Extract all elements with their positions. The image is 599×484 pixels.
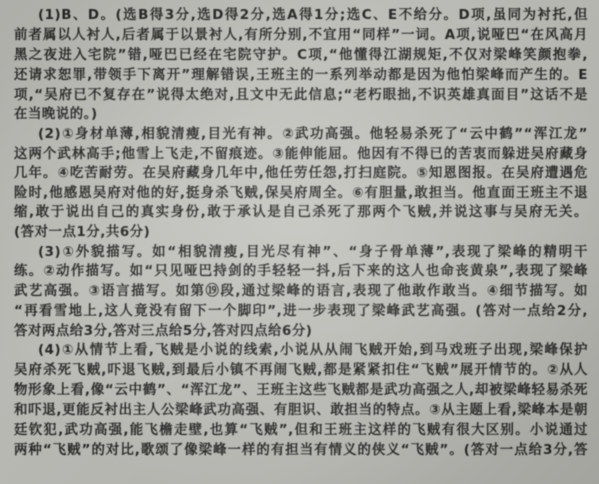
text-line: (答对一点1分,共6分) — [14, 223, 588, 242]
text-line: 项,“吴府已不复存在”说得太绝对,且文中无此信息;“老朽眼拙,不识英雄真面目”这… — [14, 86, 588, 105]
text-line: (2)①身材单薄,相貌清瘦,目光有神。②武功高强。他轻易杀死了“云中鹤”“浑江龙… — [38, 125, 588, 144]
text-line: 这两个武林高手;他雪上飞走,不留痕迹。③能伸能屈。他因有不得已的苦衷而躲进吴府藏… — [14, 145, 588, 164]
text-line: 廷钦犯,武功高强,能飞檐走壁,也算“飞贼”,但和王班主这样的飞贼有很大区别。小说… — [14, 421, 588, 440]
text-line: 险时,他感恩吴府对他的好,挺身杀飞贼,保吴府周全。⑥有胆量,敢担当。他直面王班主… — [14, 184, 588, 203]
answer-key-page: (1)B、D。(选B得3分,选D得2分,选A得1分;选C、E不给分。D项,虽同为… — [0, 0, 599, 484]
text-line: 前者属以人衬人,后者属于以景衬人,有所分别,不宜用“同样”一词。A项,说哑巴“在… — [14, 26, 588, 45]
text-line: 吴府杀死飞贼,吓退飞贼,到最后小镇不再闹飞贼,都是紧紧扣住“飞贼”展开情节的。②… — [14, 361, 588, 380]
text-line: “再看雪地上,这人竟没有留下一个脚印”,进一步表现了梁峰武艺高强。(答对一点给2… — [14, 302, 588, 321]
text-line: 物形象上看,像“云中鹤”、“浑江龙”、王班主这些飞贼都是武功高强之人,却被梁峰轻… — [14, 381, 588, 400]
text-line: 在当晚说的。) — [14, 105, 588, 124]
text-line: 武艺高强。③语言描写。如第⑲段,通过梁峰的语言,表现了他敢作敢当。④细节描写。如 — [14, 282, 588, 301]
text-line: (3)①外貌描写。如“相貌清瘦,目光尽有神”、“身子骨单薄”,表现了梁峰的精明干 — [38, 243, 588, 262]
text-line: 两种“飞贼”的对比,歌颂了像梁峰一样的有担当有情义的侠义“飞贼”。(答对一点给3… — [14, 441, 588, 460]
text-line: 几年。④吃苦耐劳。在吴府藏身几年中,他任劳任怨,打扫庭院。⑤知恩图报。在吴府遭遇… — [14, 164, 588, 183]
text-line: (4)①从情节上看,飞贼是小说的线索,小说从从闹飞贼开始,到马戏班子出现,梁峰保… — [38, 341, 588, 360]
text-line: 答对两点给3分,答对三点给5分,答对四点给6分) — [14, 322, 588, 341]
text-line: 和吓退,更能反衬出主人公梁峰武功高强、有胆识、敢担当的特点。③从主题上看,梁峰本… — [14, 401, 588, 420]
text-line: 练。②动作描写。如“只见哑巴持剑的手轻轻一抖,后下来的这人也命丧黄泉”,表现了梁… — [14, 262, 588, 281]
text-line: 还请求恕罪,带领手下离开”理解错误,王班主的一系列举动都是因为他怕梁峰而产生的。… — [14, 66, 588, 85]
text-line: 缩,敢于说出自己的真实身份,敢于承认是自己杀死了那两个飞贼,并说这事与吴府无关。 — [14, 203, 588, 222]
text-line: (1)B、D。(选B得3分,选D得2分,选A得1分;选C、E不给分。D项,虽同为… — [38, 6, 588, 25]
text-line: 黑之夜进入宅院”错,哑巴已经在宅院守护。C项,“他懂得江湖规矩,不仅对梁峰笑颜抱… — [14, 46, 588, 65]
